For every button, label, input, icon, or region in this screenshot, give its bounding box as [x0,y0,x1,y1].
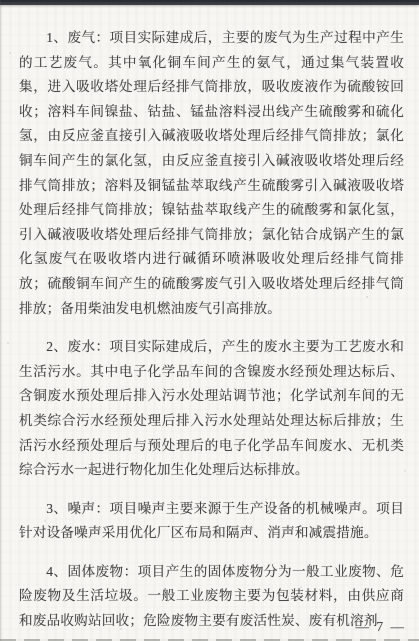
scan-edge-left-artifact [0,0,2,641]
document-body: 1、废气：项目实际建成后，主要的废气为生产过程中产生的工艺废气。其中氧化铜车间产… [19,26,404,641]
paragraph-waste-gas: 1、废气：项目实际建成后，主要的废气为生产过程中产生的工艺废气。其中氧化铜车间产… [19,26,404,321]
paragraph-wastewater: 2、废水：项目实际建成后，产生的废水主要为工艺废水和生活污水。其中电子化学品车间… [19,335,404,483]
paragraph-solid-waste: 4、固体废物：项目产生的固体废物分为一般工业废物、危险废物及生活垃圾。一般工业废… [19,560,404,634]
scan-edge-top-artifact [0,0,419,5]
scanned-document-page: 1、废气：项目实际建成后，主要的废气为生产过程中产生的工艺废气。其中氧化铜车间产… [0,0,419,641]
page-number: — 7 — [356,619,407,635]
paragraph-noise: 3、噪声：项目噪声主要来源于生产设备的机械噪声。项目针对设备噪声采用优化厂区布局… [19,497,404,546]
